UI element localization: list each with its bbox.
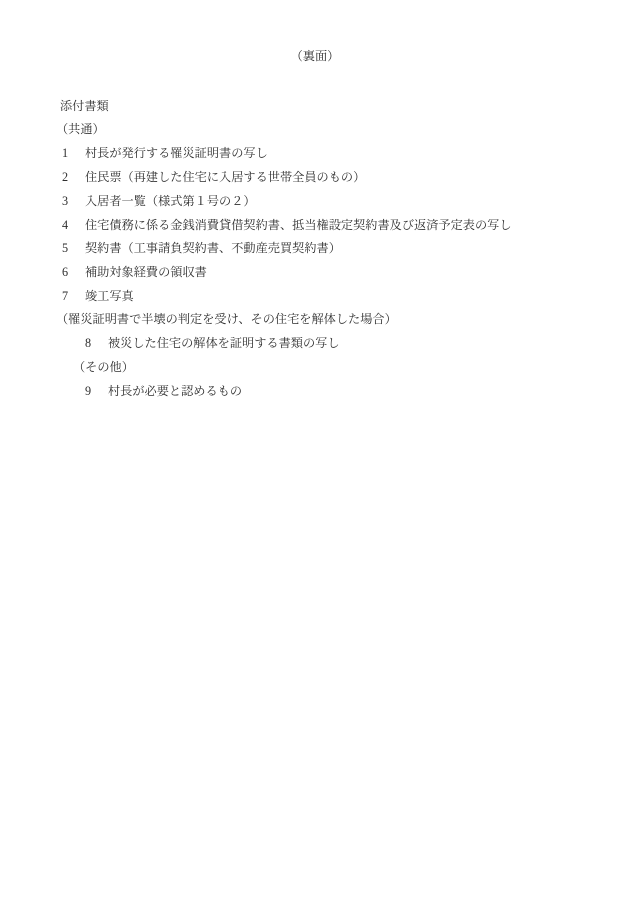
item-number: 2 xyxy=(62,170,85,184)
item-number: 1 xyxy=(62,146,85,160)
attachment-item-5: 5契約書（工事請負契約書、不動産売買契約書） xyxy=(62,241,341,255)
section-heading-other: （その他） xyxy=(73,360,134,374)
attachment-item-8: 8被災した住宅の解体を証明する書類の写し xyxy=(85,336,340,350)
item-text: 村長が必要と認めるもの xyxy=(108,384,242,398)
document-page: （裏面） 添付書類 （共通） 1村長が発行する罹災証明書の写し 2住民票（再建し… xyxy=(0,0,630,915)
item-text: 竣工写真 xyxy=(85,289,134,303)
item-number: 4 xyxy=(62,218,85,232)
item-text: 補助対象経費の領収書 xyxy=(85,265,207,279)
section-heading-demolition-case: （罹災証明書で半壊の判定を受け、その住宅を解体した場合） xyxy=(56,312,397,326)
attachment-item-1: 1村長が発行する罹災証明書の写し xyxy=(62,146,268,160)
attachment-item-6: 6補助対象経費の領収書 xyxy=(62,265,207,279)
back-side-label: （裏面） xyxy=(0,49,630,63)
attachments-title: 添付書類 xyxy=(60,99,109,113)
item-text: 契約書（工事請負契約書、不動産売買契約書） xyxy=(85,241,341,255)
attachment-item-4: 4住宅債務に係る金銭消費貸借契約書、抵当権設定契約書及び返済予定表の写し xyxy=(62,218,512,232)
item-text: 住宅債務に係る金銭消費貸借契約書、抵当権設定契約書及び返済予定表の写し xyxy=(85,218,512,232)
item-number: 9 xyxy=(85,384,108,398)
item-text: 入居者一覧（様式第１号の２） xyxy=(85,194,256,208)
item-number: 3 xyxy=(62,194,85,208)
attachment-item-9: 9村長が必要と認めるもの xyxy=(85,384,242,398)
item-number: 5 xyxy=(62,241,85,255)
attachment-item-7: 7竣工写真 xyxy=(62,289,134,303)
item-text: 村長が発行する罹災証明書の写し xyxy=(85,146,268,160)
item-number: 8 xyxy=(85,336,108,350)
item-number: 7 xyxy=(62,289,85,303)
attachment-item-2: 2住民票（再建した住宅に入居する世帯全員のもの） xyxy=(62,170,365,184)
section-heading-common: （共通） xyxy=(56,122,105,136)
item-text: 被災した住宅の解体を証明する書類の写し xyxy=(108,336,340,350)
attachment-item-3: 3入居者一覧（様式第１号の２） xyxy=(62,194,256,208)
item-number: 6 xyxy=(62,265,85,279)
item-text: 住民票（再建した住宅に入居する世帯全員のもの） xyxy=(85,170,365,184)
